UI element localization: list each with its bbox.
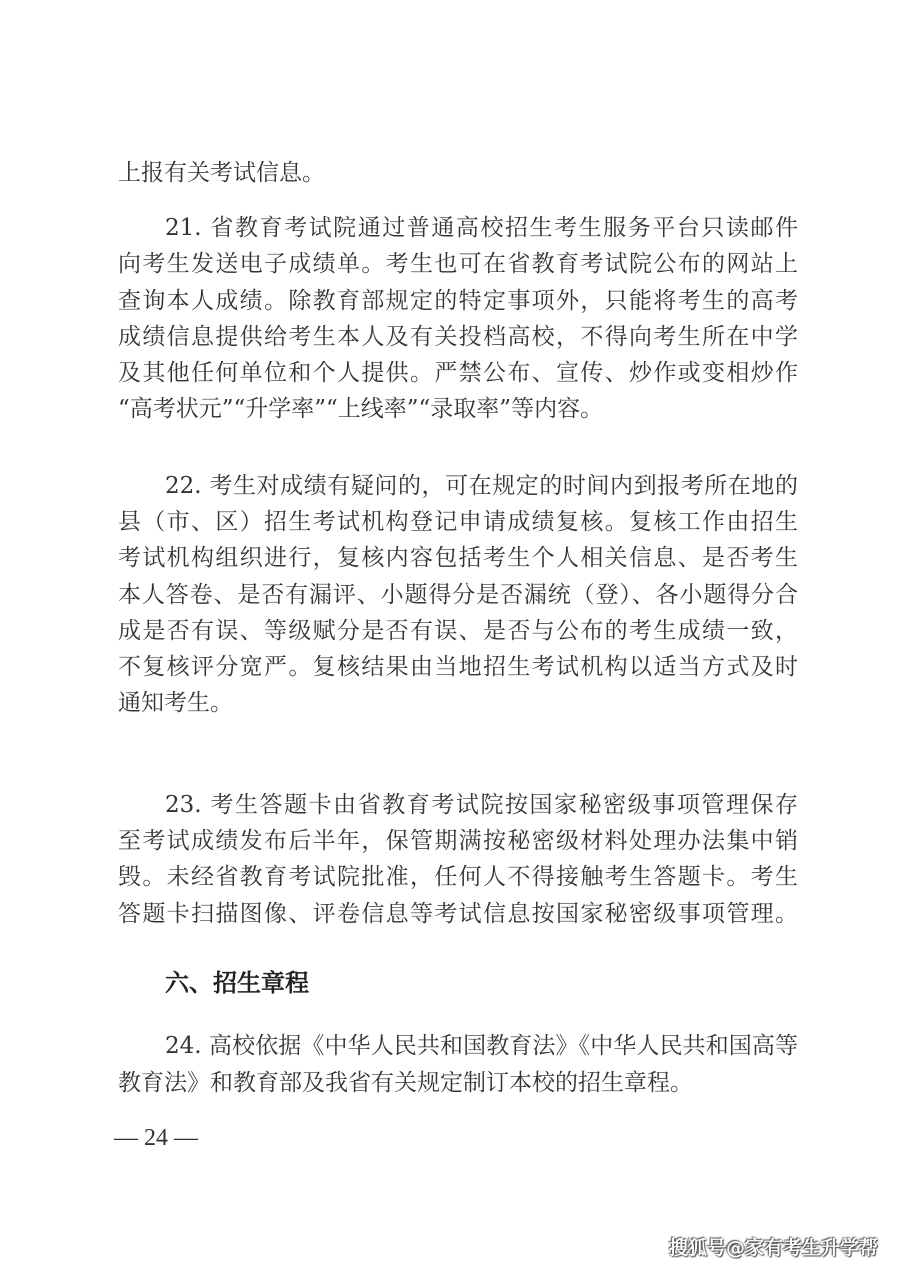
paragraph-24-line: 教育法》和教育部及我省有关规定制订本校的招生章程。: [118, 1068, 798, 1098]
paragraph-23-line: 答题卡扫描图像、评卷信息等考试信息按国家秘密级事项管理。: [118, 899, 798, 929]
section-heading: 六、招生章程: [165, 967, 309, 999]
paragraph-24-line: 24. 高校依据《中华人民共和国教育法》《中华人民共和国高等: [165, 1031, 798, 1061]
paragraph-22-line: 通知考生。: [118, 688, 798, 718]
paragraph-22-line: 考试机构组织进行，复核内容包括考生个人相关信息、是否考生: [118, 543, 798, 573]
paragraph-22-line: 不复核评分宽严。复核结果由当地招生考试机构以适当方式及时: [118, 652, 798, 682]
paragraph-21-line: 21. 省教育考试院通过普通高校招生考生服务平台只读邮件: [165, 213, 798, 243]
paragraph-21-line: 向考生发送电子成绩单。考生也可在省教育考试院公布的网站上: [118, 249, 798, 279]
continuation-line: 上报有关考试信息。: [118, 158, 798, 188]
paragraph-21-line: 成绩信息提供给考生本人及有关投档高校，不得向考生所在中学: [118, 322, 798, 352]
paragraph-21-line: “高考状元”“升学率”“上线率”“录取率”等内容。: [118, 394, 798, 424]
paragraph-22-line: 22. 考生对成绩有疑问的，可在规定的时间内到报考所在地的: [165, 471, 798, 501]
paragraph-22-line: 成是否有误、等级赋分是否有误、是否与公布的考生成绩一致，: [118, 616, 798, 646]
paragraph-21-line: 查询本人成绩。除教育部规定的特定事项外，只能将考生的高考: [118, 286, 798, 316]
paragraph-23-line: 23. 考生答题卡由省教育考试院按国家秘密级事项管理保存: [165, 790, 798, 820]
watermark: 搜狐号@家有考生升学帮: [669, 1234, 878, 1262]
paragraph-23-line: 至考试成绩发布后半年，保管期满按秘密级材料处理办法集中销: [118, 826, 798, 856]
paragraph-22-line: 本人答卷、是否有漏评、小题得分是否漏统（登）、各小题得分合: [118, 580, 798, 610]
paragraph-22-line: 县（市、区）招生考试机构登记申请成绩复核。复核工作由招生: [118, 507, 798, 537]
page-number: — 24 —: [114, 1123, 198, 1153]
document-page: 上报有关考试信息。 21. 省教育考试院通过普通高校招生考生服务平台只读邮件 向…: [0, 0, 900, 1273]
paragraph-21-line: 及其他任何单位和个人提供。严禁公布、宣传、炒作或变相炒作: [118, 358, 798, 388]
paragraph-23-line: 毁。未经省教育考试院批准，任何人不得接触考生答题卡。考生: [118, 862, 798, 892]
